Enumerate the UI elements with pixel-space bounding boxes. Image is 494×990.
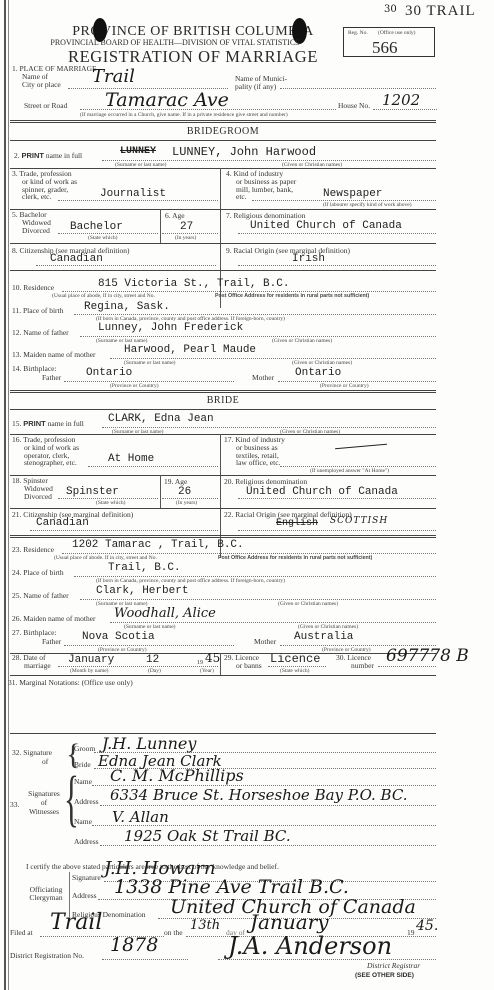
left-border-inner xyxy=(8,0,9,990)
see-other-side: (SEE OTHER SIDE) xyxy=(355,972,414,979)
marriage-date-label: 28. Date of marriage xyxy=(12,654,51,670)
bride-status-value: Spinster xyxy=(66,486,119,498)
reg-label: Reg. No. xyxy=(348,30,368,36)
bride-status-label: 18. Spinster Widowed Divorced xyxy=(12,477,53,500)
bridegroom-heading: BRIDEGROOM xyxy=(10,126,436,137)
form-title: REGISTRATION OF MARRIAGE xyxy=(58,47,328,67)
street-label: Street or Road xyxy=(24,101,67,110)
clergyman-address: 1338 Pine Ave Trail B.C. xyxy=(114,876,349,898)
witnesses-label: Signatures of Witnesses xyxy=(24,789,64,816)
licence-banns-value: Licence xyxy=(270,652,320,666)
registrar-signature: J.A. Anderson xyxy=(228,932,392,960)
bride-mother-label: 26. Maiden name of mother xyxy=(12,614,96,623)
groom-birthplace-label: 14. Birthplace: xyxy=(12,364,57,373)
witness2-address: 1925 Oak St Trail BC. xyxy=(124,827,291,845)
reg-office-note: (Office use only) xyxy=(378,30,415,36)
witness1-address: 6334 Bruce St. Horseshoe Bay P.O. BC. xyxy=(110,786,408,804)
groom-birth-value: Regina, Sask. xyxy=(84,301,170,313)
marginal-notations-label: 31. Marginal Notations: (Office use only… xyxy=(8,678,133,687)
signature-label: 32. Signature xyxy=(12,748,52,757)
groom-trade-value: Journalist xyxy=(100,188,166,200)
district-no-value: 1878 xyxy=(110,934,158,956)
bride-bp-father-value: Nova Scotia xyxy=(82,631,155,643)
bride-birthplace-label: 27. Birthplace: xyxy=(12,628,57,637)
groom-racial-value: Irish xyxy=(292,253,325,265)
groom-residence-label: 10. Residence xyxy=(12,283,54,292)
groom-mother-label: 13. Maiden name of mother xyxy=(12,350,96,359)
bride-residence-label: 23. Residence xyxy=(12,545,54,554)
bride-father-label: 25. Name of father xyxy=(12,591,69,600)
groom-bp-father-value: Ontario xyxy=(86,367,132,379)
groom-mother-value: Harwood, Pearl Maude xyxy=(124,344,256,356)
bride-racial-value: SCOTTISH xyxy=(330,516,388,526)
bride-birth-label: 24. Place of birth xyxy=(12,568,64,577)
groom-birth-label: 11. Place of birth xyxy=(12,306,63,315)
district-no-label: District Registration No. xyxy=(10,951,84,960)
bride-religion-value: United Church of Canada xyxy=(246,486,398,498)
groom-status-label: 5. Bachelor Widowed Divorced xyxy=(12,211,51,234)
groom-racial-label: 9. Racial Origin (see marginal definitio… xyxy=(226,246,350,255)
bride-racial-struck: English xyxy=(276,518,318,529)
bride-industry-label: 17. Kind of industry or business as text… xyxy=(224,436,285,467)
bride-industry-dash xyxy=(335,444,387,450)
bride-trade-label: 16. Trade, profession or kind of work as… xyxy=(12,436,79,467)
groom-citizenship-value: Canadian xyxy=(50,253,103,265)
filed-at-value: Trail xyxy=(50,910,102,935)
groom-industry-value: Newspaper xyxy=(323,188,382,200)
groom-religion-label: 7. Religious denomination xyxy=(226,211,305,220)
left-border xyxy=(4,0,6,990)
marriage-year-value: 45 xyxy=(205,651,220,665)
reg-number: 566 xyxy=(372,38,398,58)
groom-name-struck: LUNNEY xyxy=(120,146,156,157)
bride-birth-value: Trail, B.C. xyxy=(108,562,181,574)
licence-number-value: 697778 B xyxy=(386,646,469,666)
witness1-name: C. M. McPhillips xyxy=(110,766,244,785)
bride-citizenship-value: Canadian xyxy=(36,517,89,529)
groom-age-value: 27 xyxy=(180,221,193,233)
house-value: 1202 xyxy=(382,91,420,109)
bride-age-value: 26 xyxy=(178,486,191,498)
clergyman-label: Officiating Clergyman xyxy=(24,886,68,902)
house-label: House No. xyxy=(338,101,370,110)
street-note: (If marriage occurred in a Church, give … xyxy=(80,112,288,118)
city-value: Trail xyxy=(92,66,135,87)
bride-bp-mother-value: Australia xyxy=(294,631,353,643)
city-label: Name ofCity or place xyxy=(22,73,61,89)
filed-day-value: 13th xyxy=(190,918,220,933)
groom-trade-label: 3. Trade, profession or kind of work as … xyxy=(12,170,77,201)
witness2-name: V. Allan xyxy=(112,808,169,826)
marriage-registration-form: 30 30 TRAIL PROVINCE OF BRITISH COLUMBIA… xyxy=(0,0,494,990)
bride-heading: BRIDE xyxy=(10,395,436,406)
groom-father-value: Lunney, John Frederick xyxy=(98,322,243,334)
bride-name-label: 15. PRINT name in full xyxy=(12,419,84,428)
board-title: PROVINCIAL BOARD OF HEALTH—DIVISION OF V… xyxy=(22,38,328,47)
street-value: Tamarac Ave xyxy=(105,89,229,111)
groom-signature: J.H. Lunney xyxy=(102,734,196,753)
bride-residence-value: 1202 Tamarac , Trail, B.C. xyxy=(72,539,244,551)
corner-note-number: 30 xyxy=(384,4,397,15)
groom-father-label: 12. Name of father xyxy=(12,328,69,337)
filed-at-label: Filed at xyxy=(10,928,33,937)
corner-note: 30 TRAIL xyxy=(405,3,476,20)
groom-industry-label: 4. Kind of industry or business as paper… xyxy=(226,170,296,201)
groom-name-value: LUNNEY, John Harwood xyxy=(172,145,316,159)
bride-father-value: Clark, Herbert xyxy=(96,585,188,597)
groom-name-label: 2. PRINT name in full xyxy=(14,151,82,160)
bride-name-value: CLARK, Edna Jean xyxy=(108,413,214,425)
groom-residence-value: 815 Victoria St., Trail, B.C. xyxy=(98,278,289,290)
marriage-month-value: January xyxy=(68,654,114,666)
groom-age-label: 6. Age xyxy=(165,211,185,220)
reg-number-box: Reg. No. (Office use only) 566 xyxy=(343,27,435,57)
bride-age-label: 19. Age xyxy=(164,477,187,486)
licence-number-label: 30. Licence number xyxy=(336,654,374,670)
groom-status-value: Bachelor xyxy=(70,221,123,233)
filed-year-value: 45. xyxy=(416,918,438,934)
bride-religion-label: 20. Religious denomination xyxy=(224,477,307,486)
bride-trade-value: At Home xyxy=(108,453,154,465)
groom-bp-mother-value: Ontario xyxy=(295,367,341,379)
filed-month-value: January xyxy=(250,910,329,934)
groom-religion-value: United Church of Canada xyxy=(250,220,402,232)
bride-mother-value: Woodhall, Alice xyxy=(114,606,216,621)
licence-banns-label: 29. Licence or banns xyxy=(224,654,262,670)
marriage-day-value: 12 xyxy=(146,654,159,666)
district-registrar-label: District Registrar xyxy=(367,961,420,970)
